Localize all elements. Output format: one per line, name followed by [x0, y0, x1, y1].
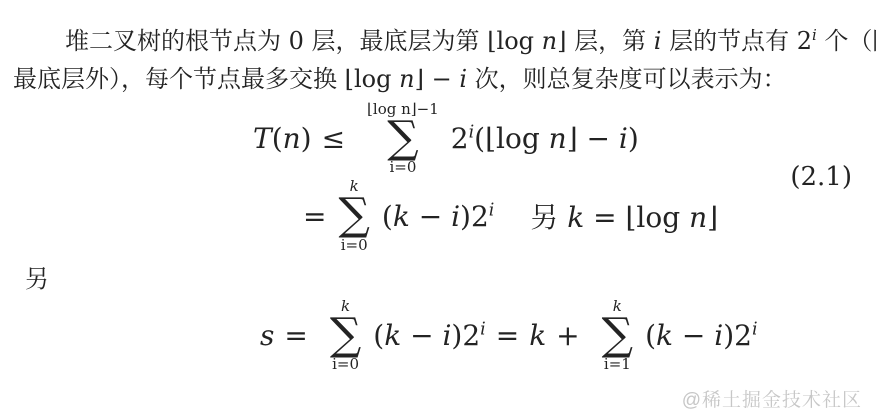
math-equals-operator: = — [584, 201, 625, 234]
math-base-2: 2 — [462, 319, 480, 352]
math-sup-i: i — [480, 320, 486, 340]
summation: k ∑ i=1 — [602, 299, 633, 372]
math-base-2: 2 — [734, 319, 752, 352]
sum-lower-limit: i=0 — [332, 357, 359, 372]
math-var-i: i — [459, 65, 467, 93]
math-paren: ) — [460, 200, 471, 233]
summation: ⌊log n⌋−1 ∑ i=0 — [367, 102, 439, 175]
math-var-k: k — [393, 200, 410, 233]
sigma-symbol: ∑ — [330, 316, 361, 353]
math-var-n: n — [283, 122, 301, 155]
math-token-floor-close: ⌋ — [557, 27, 566, 55]
equation-block-2-1: T(n)≤ ⌊log n⌋−1 ∑ i=0 2i(⌊log n⌋ − i) = … — [0, 102, 876, 253]
math-paren: ) — [628, 122, 639, 155]
math-var-i: i — [619, 122, 628, 155]
math-token: (⌊log — [474, 122, 548, 155]
paragraph-intro-line2: 最底层外），每个节点最多交换 ⌊log n⌋ − i 次，则总复杂度可以表示为： — [13, 60, 864, 98]
math-var-k: k — [567, 201, 584, 234]
math-paren: ( — [382, 200, 393, 233]
text-segment: 层，第 — [567, 27, 654, 55]
math-paren: ( — [645, 319, 656, 352]
math-leq-operator: ≤ — [322, 122, 345, 155]
math-paren: ) — [723, 319, 734, 352]
sum-lower-limit: i=1 — [604, 357, 631, 372]
equation-s-row: s= k ∑ i=0 (k − i)2i=k+ k ∑ i=1 (k − i)2… — [260, 299, 876, 372]
math-var-s: s — [260, 319, 274, 352]
sum-lower-limit: i=0 — [341, 238, 368, 253]
math-side-note: 另 k = ⌊log n⌋ — [530, 196, 718, 236]
math-sup-i: i — [752, 320, 758, 340]
watermark: @稀土掘金技术社区 — [682, 385, 862, 412]
math-plus-operator: + — [556, 319, 579, 352]
equation-block-s: s= k ∑ i=0 (k − i)2i=k+ k ∑ i=1 (k − i)2… — [0, 299, 876, 372]
math-equals-operator: = — [284, 319, 307, 352]
paragraph-intro-line1: 堆二叉树的根节点为 0 层，最底层为第 ⌊log n⌋ 层，第 i 层的节点有 … — [13, 16, 864, 60]
math-paren: ) — [301, 122, 312, 155]
math-token-floor-log: ⌊log — [487, 27, 541, 55]
math-paren: ) — [451, 319, 462, 352]
math-token-floor-log: ⌊log — [345, 65, 399, 93]
math-base-2: 2 — [451, 122, 469, 155]
math-var-k: k — [384, 319, 401, 352]
text-segment: 次，则总复杂度可以表示为： — [467, 65, 787, 93]
math-sup-i: i — [489, 200, 495, 220]
math-token: − — [401, 319, 442, 352]
math-paren: ( — [272, 122, 283, 155]
math-lhs-s: s= — [260, 319, 318, 352]
paragraph-another: 另 — [25, 263, 876, 295]
document-page: 堆二叉树的根节点为 0 层，最底层为第 ⌊log n⌋ 层，第 i 层的节点有 … — [0, 0, 876, 418]
text-segment: 层的节点有 — [661, 27, 796, 55]
text-segment: 最底层外），每个节点最多交换 — [13, 65, 345, 93]
math-var-n: n — [399, 65, 414, 93]
sigma-symbol: ∑ — [387, 119, 418, 156]
text-segment: 另 — [530, 201, 567, 234]
equation-number: (2.1) — [790, 162, 852, 192]
math-var-i: i — [714, 319, 723, 352]
sigma-symbol: ∑ — [338, 196, 369, 233]
text-segment: 个（除 — [817, 27, 876, 55]
math-token-floor-log: ⌊log — [626, 201, 690, 234]
math-token: ⌋ − — [567, 122, 619, 155]
paragraph-intro: 堆二叉树的根节点为 0 层，最底层为第 ⌊log n⌋ 层，第 i 层的节点有 … — [0, 0, 876, 98]
summation: k ∑ i=0 — [330, 299, 361, 372]
math-lhs-Tn: T(n)≤ — [253, 122, 355, 155]
math-var-T: T — [253, 122, 272, 155]
math-paren: ( — [373, 319, 384, 352]
math-var-n: n — [689, 201, 707, 234]
math-var-n: n — [542, 27, 557, 55]
math-number: 0 — [289, 27, 304, 55]
math-summand: (k − i)2i — [645, 319, 757, 352]
text-segment: 另 — [25, 265, 49, 293]
math-token: − — [410, 200, 451, 233]
math-token: − — [673, 319, 714, 352]
math-summand: (k − i)2i=k+ — [373, 319, 589, 352]
math-var-i: i — [451, 200, 460, 233]
math-token-floor-close: ⌋ — [707, 201, 718, 234]
math-equals-operator: = — [496, 319, 519, 352]
math-summand: (k − i)2i — [382, 200, 494, 233]
math-equals: = — [303, 200, 326, 233]
text-segment: 堆二叉树的根节点为 — [65, 27, 289, 55]
math-summand: 2i(⌊log n⌋ − i) — [451, 122, 639, 155]
math-token-minus: ⌋ − — [415, 65, 460, 93]
sigma-symbol: ∑ — [602, 316, 633, 353]
math-var-k: k — [656, 319, 673, 352]
text-segment: 层，最底层为第 — [304, 27, 487, 55]
math-base-2: 2 — [797, 27, 812, 55]
equation-2-1-row1: T(n)≤ ⌊log n⌋−1 ∑ i=0 2i(⌊log n⌋ − i) — [253, 102, 876, 175]
math-base-2: 2 — [471, 200, 489, 233]
math-var-k: k — [529, 319, 546, 352]
sum-lower-limit: i=0 — [389, 160, 416, 175]
math-var-n: n — [549, 122, 567, 155]
summation: k ∑ i=0 — [338, 179, 369, 252]
math-equals-operator: = — [303, 200, 326, 233]
